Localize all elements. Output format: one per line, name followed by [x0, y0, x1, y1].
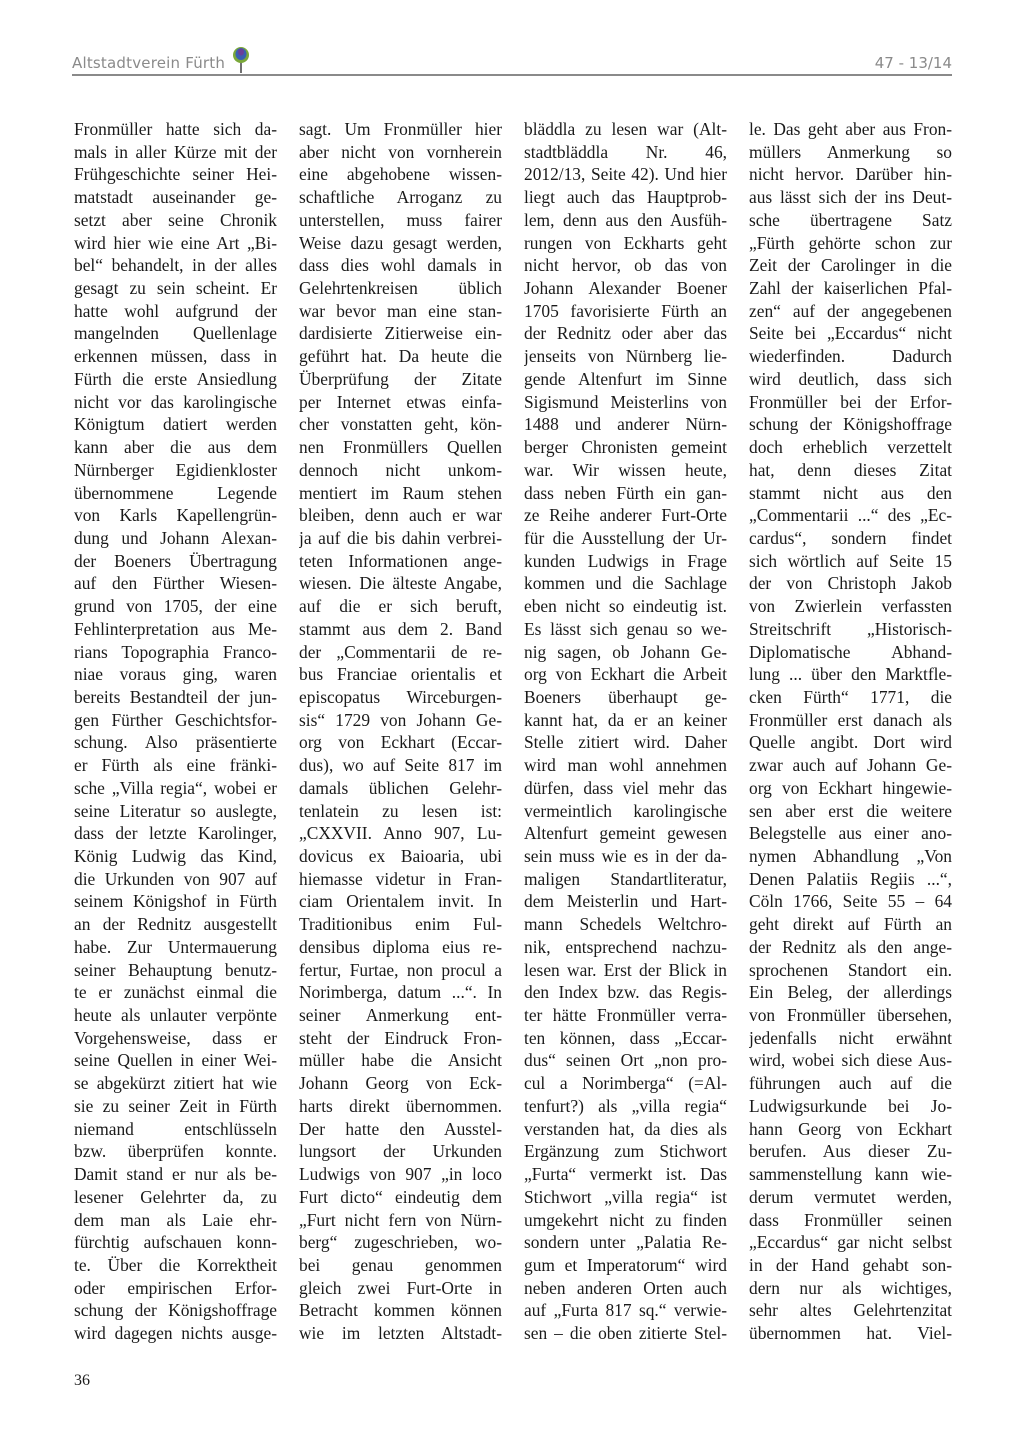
- text-line: cul a Norimberga“ (=Al-: [524, 1072, 727, 1095]
- text-line: nicht hervor. Darüber hin-: [749, 163, 952, 186]
- text-line: er Fürth als eine fränki-: [74, 754, 277, 777]
- text-line: schung der Königshoffrage: [74, 1299, 277, 1322]
- text-line: jedenfalls nicht erwähnt: [749, 1027, 952, 1050]
- text-line: 2012/13, Seite 42). Und hier: [524, 163, 727, 186]
- text-line: zen“ auf der angegebenen: [749, 300, 952, 323]
- text-line: sche „Villa regia“, wobei er: [74, 777, 277, 800]
- text-line: bei genau genommen: [299, 1254, 502, 1277]
- text-line: kann aber die aus dem: [74, 436, 277, 459]
- text-line: sondern unter „Palatia Re-: [524, 1231, 727, 1254]
- text-line: eine abgehobene wissen-: [299, 163, 502, 186]
- text-line: nig sagen, ob Johann Ge-: [524, 641, 727, 664]
- publication-title: Altstadtverein Fürth: [72, 54, 225, 72]
- text-line: Fronmüller hatte sich da-: [74, 118, 277, 141]
- text-line: eben nicht so eindeutig ist.: [524, 595, 727, 618]
- text-line: bzw. überprüfen konnte.: [74, 1140, 277, 1163]
- text-line: mentiert im Raum stehen: [299, 482, 502, 505]
- text-line: wie im letzten Altstadt-: [299, 1322, 502, 1345]
- text-line: niemand entschlüsseln: [74, 1118, 277, 1141]
- text-line: Fehlinterpretation aus Me-: [74, 618, 277, 641]
- text-line: Zahl der kaiserlichen Pfal-: [749, 277, 952, 300]
- text-line: te. Über die Korrektheit: [74, 1254, 277, 1277]
- text-line: fürchtig aufschauen konn-: [74, 1231, 277, 1254]
- text-line: wird, wobei sich diese Aus-: [749, 1049, 952, 1072]
- text-line: dung und Johann Alexan-: [74, 527, 277, 550]
- text-line: dem Meisterlin und Hart-: [524, 890, 727, 913]
- text-line: Fronmüller erst danach als: [749, 709, 952, 732]
- text-line: densibus diploma eius re-: [299, 936, 502, 959]
- text-line: dardisierte Zitierweise ein-: [299, 322, 502, 345]
- text-column-1: Fronmüller hatte sich da-mals in aller K…: [74, 118, 277, 1345]
- text-line: Ludwigsurkunde bei Jo-: [749, 1095, 952, 1118]
- text-line: Sigismund Meisterlins von: [524, 391, 727, 414]
- text-line: kannt hat, da er an keiner: [524, 709, 727, 732]
- text-line: „Furta“ vermerkt ist. Das: [524, 1163, 727, 1186]
- text-line: nicht vor das karolingische: [74, 391, 277, 414]
- text-line: der „Commentarii de re-: [299, 641, 502, 664]
- text-line: Überprüfung der Zitate: [299, 368, 502, 391]
- text-line: wird deutlich, dass sich: [749, 368, 952, 391]
- text-line: Diplomatische Abhand-: [749, 641, 952, 664]
- text-line: dass neben Fürth ein gan-: [524, 482, 727, 505]
- text-line: le. Das geht aber aus Fron-: [749, 118, 952, 141]
- text-line: aber nicht von vornherein: [299, 141, 502, 164]
- text-line: den Index bzw. das Regis-: [524, 981, 727, 1004]
- text-line: von Karls Kapellengrün-: [74, 504, 277, 527]
- text-line: per Internet etwas einfa-: [299, 391, 502, 414]
- text-line: übernommene Legende: [74, 482, 277, 505]
- text-line: in der Hand gehabt son-: [749, 1254, 952, 1277]
- text-line: episcopatus Wirceburgen-: [299, 686, 502, 709]
- text-line: auf die er sich beruft,: [299, 595, 502, 618]
- text-line: Ergänzung zum Stichwort: [524, 1140, 727, 1163]
- article-body: Fronmüller hatte sich da-mals in aller K…: [74, 118, 954, 1345]
- text-line: an der Rednitz ausgestellt: [74, 913, 277, 936]
- text-line: wird dagegen nichts ausge-: [74, 1322, 277, 1345]
- text-line: auf den Fürther Wiesen-: [74, 572, 277, 595]
- text-line: sis“ 1729 von Johann Ge-: [299, 709, 502, 732]
- text-line: dass dies wohl damals in: [299, 254, 502, 277]
- text-line: bel“ behandelt, in der alles: [74, 254, 277, 277]
- text-line: dern nur als wichtiges,: [749, 1277, 952, 1300]
- text-line: liegt auch das Hauptprob-: [524, 186, 727, 209]
- text-line: Stichwort „villa regia“ ist: [524, 1186, 727, 1209]
- text-line: neben anderen Orten auch: [524, 1277, 727, 1300]
- text-line: Betracht kommen können: [299, 1299, 502, 1322]
- text-line: gende Altenfurt im Sinne: [524, 368, 727, 391]
- text-line: Denen Palatiis Regiis ...“,: [749, 868, 952, 891]
- text-line: heute als unlauter verpönte: [74, 1004, 277, 1027]
- text-line: jenseits von Nürnberg lie-: [524, 345, 727, 368]
- text-line: hatte wohl aufgrund der: [74, 300, 277, 323]
- text-column-2: sagt. Um Fronmüller hieraber nicht von v…: [299, 118, 502, 1345]
- text-line: oder empirischen Erfor-: [74, 1277, 277, 1300]
- text-line: umgekehrt nicht zu finden: [524, 1209, 727, 1232]
- text-line: aus lässt sich der ins Deut-: [749, 186, 952, 209]
- page-number: 36: [74, 1372, 90, 1390]
- text-line: Fürth die erste Ansiedlung: [74, 368, 277, 391]
- text-line: cken Fürth“ 1771, die: [749, 686, 952, 709]
- text-line: hat, denn dieses Zitat: [749, 459, 952, 482]
- text-line: tenlatein zu lesen ist:: [299, 800, 502, 823]
- text-line: wird hier wie eine Art „Bi-: [74, 232, 277, 255]
- text-line: habe. Zur Untermauerung: [74, 936, 277, 959]
- text-column-3: bläddla zu lesen war (Alt-stadtbläddla N…: [524, 118, 727, 1345]
- text-line: bereits Bestandteil der jun-: [74, 686, 277, 709]
- text-line: lungsort der Urkunden: [299, 1140, 502, 1163]
- text-line: schung der Königshoffrage: [749, 413, 952, 436]
- text-line: Johann Georg von Eck-: [299, 1072, 502, 1095]
- text-line: nicht hervor, ob das von: [524, 254, 727, 277]
- text-line: Stelle zitiert wird. Daher: [524, 731, 727, 754]
- text-line: mann Schedels Weltchro-: [524, 913, 727, 936]
- text-line: Frühgeschichte seiner Hei-: [74, 163, 277, 186]
- text-line: gleich zwei Furt-Orte in: [299, 1277, 502, 1300]
- text-line: ze Reihe anderer Furt-Orte: [524, 504, 727, 527]
- text-line: Damit stand er nur als be-: [74, 1163, 277, 1186]
- text-line: dass der letzte Karolinger,: [74, 822, 277, 845]
- text-line: teten Informationen ange-: [299, 550, 502, 573]
- text-line: gum et Imperatorum“ wird: [524, 1254, 727, 1277]
- text-column-4: le. Das geht aber aus Fron-müllers Anmer…: [749, 118, 952, 1345]
- text-line: ja auf die bis dahin verbrei-: [299, 527, 502, 550]
- text-line: gen Fürther Geschichtsfor-: [74, 709, 277, 732]
- text-line: harts direkt übernommen.: [299, 1095, 502, 1118]
- text-line: sich wörtlich auf Seite 15: [749, 550, 952, 573]
- text-line: der Rednitz als den ange-: [749, 936, 952, 959]
- text-line: von Fronmüller übersehen,: [749, 1004, 952, 1027]
- page-header: Altstadtverein Fürth 47 - 13/14: [72, 44, 952, 76]
- issue-number: 47 - 13/14: [875, 54, 952, 72]
- text-line: sprochenen Standort ein.: [749, 959, 952, 982]
- text-line: kommen und die Sachlage: [524, 572, 727, 595]
- text-line: Ein Beleg, der allerdings: [749, 981, 952, 1004]
- text-line: müller habe die Ansicht: [299, 1049, 502, 1072]
- text-line: auf „Furta 817 sq.“ verwie-: [524, 1299, 727, 1322]
- text-line: dennoch nicht unkom-: [299, 459, 502, 482]
- text-line: mangelnden Quellenlage: [74, 322, 277, 345]
- text-line: bus Franciae orientalis et: [299, 663, 502, 686]
- text-line: te er zunächst einmal die: [74, 981, 277, 1004]
- text-line: grund von 1705, der eine: [74, 595, 277, 618]
- text-line: dem man als Laie ehr-: [74, 1209, 277, 1232]
- text-line: Gelehrtenkreisen üblich: [299, 277, 502, 300]
- text-line: Fronmüller bei der Erfor-: [749, 391, 952, 414]
- text-line: ten können, dass „Eccar-: [524, 1027, 727, 1050]
- text-line: war. Wir wissen heute,: [524, 459, 727, 482]
- text-line: berg“ zugeschrieben, wo-: [299, 1231, 502, 1254]
- text-line: Belegstelle aus einer ano-: [749, 822, 952, 845]
- tree-icon: [230, 47, 252, 73]
- text-line: war bevor man eine stan-: [299, 300, 502, 323]
- text-line: Boeners überhaupt ge-: [524, 686, 727, 709]
- text-line: Zeit der Carolinger in die: [749, 254, 952, 277]
- text-line: nymen Abhandlung „Von: [749, 845, 952, 868]
- text-line: „Fürth gehörte schon zur: [749, 232, 952, 255]
- text-line: „Eccardus“ gar nicht selbst: [749, 1231, 952, 1254]
- text-line: tenfurt?) als „villa regia“: [524, 1095, 727, 1118]
- text-line: 1705 favorisierte Fürth an: [524, 300, 727, 323]
- text-line: lem, denn aus den Ausfüh-: [524, 209, 727, 232]
- text-line: Vorgehensweise, dass er: [74, 1027, 277, 1050]
- text-line: maligen Standartliteratur,: [524, 868, 727, 891]
- text-line: geht direkt auf Fürth an: [749, 913, 952, 936]
- text-line: lung ... über den Marktfle-: [749, 663, 952, 686]
- text-line: sen – die oben zitierte Stel-: [524, 1322, 727, 1345]
- text-line: niae voraus ging, waren: [74, 663, 277, 686]
- text-line: geführt hat. Da heute die: [299, 345, 502, 368]
- text-line: führungen auch auf die: [749, 1072, 952, 1095]
- text-line: stammt nicht aus den: [749, 482, 952, 505]
- text-line: „Furt nicht fern von Nürn-: [299, 1209, 502, 1232]
- text-line: ciam Orientalem invit. In: [299, 890, 502, 913]
- text-line: Weise dazu gesagt werden,: [299, 232, 502, 255]
- text-line: org von Eckhart hingewie-: [749, 777, 952, 800]
- text-line: Seite bei „Eccardus“ nicht: [749, 322, 952, 345]
- text-line: matstadt auseinander ge-: [74, 186, 277, 209]
- text-line: Es lässt sich genau so we-: [524, 618, 727, 641]
- text-line: setzt aber seine Chronik: [74, 209, 277, 232]
- text-line: steht der Eindruck Fron-: [299, 1027, 502, 1050]
- text-line: nen Fronmüllers Quellen: [299, 436, 502, 459]
- text-line: stadtbläddla Nr. 46,: [524, 141, 727, 164]
- text-line: verstanden hat, da dies als: [524, 1118, 727, 1141]
- text-line: stammt aus dem 2. Band: [299, 618, 502, 641]
- text-line: rungen von Eckharts geht: [524, 232, 727, 255]
- text-line: dus), wo auf Seite 817 im: [299, 754, 502, 777]
- text-line: hann Georg von Eckhart: [749, 1118, 952, 1141]
- text-line: sammenstellung kann wie-: [749, 1163, 952, 1186]
- text-line: wiesen. Die älteste Angabe,: [299, 572, 502, 595]
- text-line: „CXXVII. Anno 907, Lu-: [299, 822, 502, 845]
- text-line: vermeintlich karolingische: [524, 800, 727, 823]
- text-line: berufen. Aus dieser Zu-: [749, 1140, 952, 1163]
- text-line: dass Fronmüller seinen: [749, 1209, 952, 1232]
- text-line: doch erheblich verzettelt: [749, 436, 952, 459]
- text-line: cher vonstatten geht, kön-: [299, 413, 502, 436]
- text-line: der Rednitz oder aber das: [524, 322, 727, 345]
- text-line: schaftliche Arroganz zu: [299, 186, 502, 209]
- text-line: sche übertragene Satz: [749, 209, 952, 232]
- text-line: seinem Königshof in Fürth: [74, 890, 277, 913]
- text-line: müllers Anmerkung so: [749, 141, 952, 164]
- text-line: übernommen hat. Viel-: [749, 1322, 952, 1345]
- text-line: Ludwigs von 907 „in loco: [299, 1163, 502, 1186]
- text-line: Cöln 1766, Seite 55 – 64: [749, 890, 952, 913]
- text-line: sein muss wie es in der da-: [524, 845, 727, 868]
- text-line: Der hatte den Ausstel-: [299, 1118, 502, 1141]
- text-line: dürfen, dass viel mehr das: [524, 777, 727, 800]
- text-line: Traditionibus enim Ful-: [299, 913, 502, 936]
- text-line: hiemasse videtur in Fran-: [299, 868, 502, 891]
- text-line: seine Literatur so auslegte,: [74, 800, 277, 823]
- text-line: der Boeners Übertragung: [74, 550, 277, 573]
- text-line: Königtum datiert werden: [74, 413, 277, 436]
- text-line: dovicus ex Baioaria, ubi: [299, 845, 502, 868]
- text-line: lesen war. Erst der Blick in: [524, 959, 727, 982]
- text-line: sie zu seiner Zeit in Fürth: [74, 1095, 277, 1118]
- text-line: zwar auch auf Johann Ge-: [749, 754, 952, 777]
- text-line: unterstellen, muss fairer: [299, 209, 502, 232]
- text-line: der von Christoph Jakob: [749, 572, 952, 595]
- text-line: wiederfinden. Dadurch: [749, 345, 952, 368]
- text-line: bläddla zu lesen war (Alt-: [524, 118, 727, 141]
- text-line: 1488 und anderer Nürn-: [524, 413, 727, 436]
- text-line: seiner Anmerkung ent-: [299, 1004, 502, 1027]
- text-line: Altenfurt gemeint gewesen: [524, 822, 727, 845]
- text-line: erkennen müssen, dass in: [74, 345, 277, 368]
- text-line: berger Chronisten gemeint: [524, 436, 727, 459]
- text-line: wird man wohl annehmen: [524, 754, 727, 777]
- text-line: Quelle angibt. Dort wird: [749, 731, 952, 754]
- text-line: fertur, Furtae, non procul a: [299, 959, 502, 982]
- text-line: die Urkunden von 907 auf: [74, 868, 277, 891]
- text-line: mals in aller Kürze mit der: [74, 141, 277, 164]
- text-line: sen aber erst die weitere: [749, 800, 952, 823]
- text-line: für die Ausstellung der Ur-: [524, 527, 727, 550]
- text-line: se abgekürzt zitiert hat wie: [74, 1072, 277, 1095]
- text-line: schung. Also präsentierte: [74, 731, 277, 754]
- text-line: Nürnberger Egidienkloster: [74, 459, 277, 482]
- text-line: kunden Ludwigs in Frage: [524, 550, 727, 573]
- text-line: sagt. Um Fronmüller hier: [299, 118, 502, 141]
- text-line: cardus“, sondern findet: [749, 527, 952, 550]
- text-line: seine Quellen in einer Wei-: [74, 1049, 277, 1072]
- text-line: seiner Behauptung benutz-: [74, 959, 277, 982]
- text-line: sehr altes Gelehrtenzitat: [749, 1299, 952, 1322]
- text-line: gesagt zu sein scheint. Er: [74, 277, 277, 300]
- text-line: damals üblichen Gelehr-: [299, 777, 502, 800]
- text-line: rians Topographia Franco-: [74, 641, 277, 664]
- text-line: lesener Gelehrter da, zu: [74, 1186, 277, 1209]
- text-line: org von Eckhart (Eccar-: [299, 731, 502, 754]
- text-line: org von Eckhart die Arbeit: [524, 663, 727, 686]
- text-line: König Ludwig das Kind,: [74, 845, 277, 868]
- text-line: derum vermutet werden,: [749, 1186, 952, 1209]
- text-line: Johann Alexander Boener: [524, 277, 727, 300]
- text-line: Furt dicto“ eindeutig dem: [299, 1186, 502, 1209]
- text-line: von Zwierlein verfassten: [749, 595, 952, 618]
- text-line: Norimberga, datum ...“. In: [299, 981, 502, 1004]
- text-line: ter hätte Fronmüller verra-: [524, 1004, 727, 1027]
- text-line: bleiben, denn auch er war: [299, 504, 502, 527]
- text-line: Streitschrift „Historisch-: [749, 618, 952, 641]
- text-line: nik, entsprechend nachzu-: [524, 936, 727, 959]
- text-line: dus“ seinen Ort „non pro-: [524, 1049, 727, 1072]
- text-line: „Commentarii ...“ des „Ec-: [749, 504, 952, 527]
